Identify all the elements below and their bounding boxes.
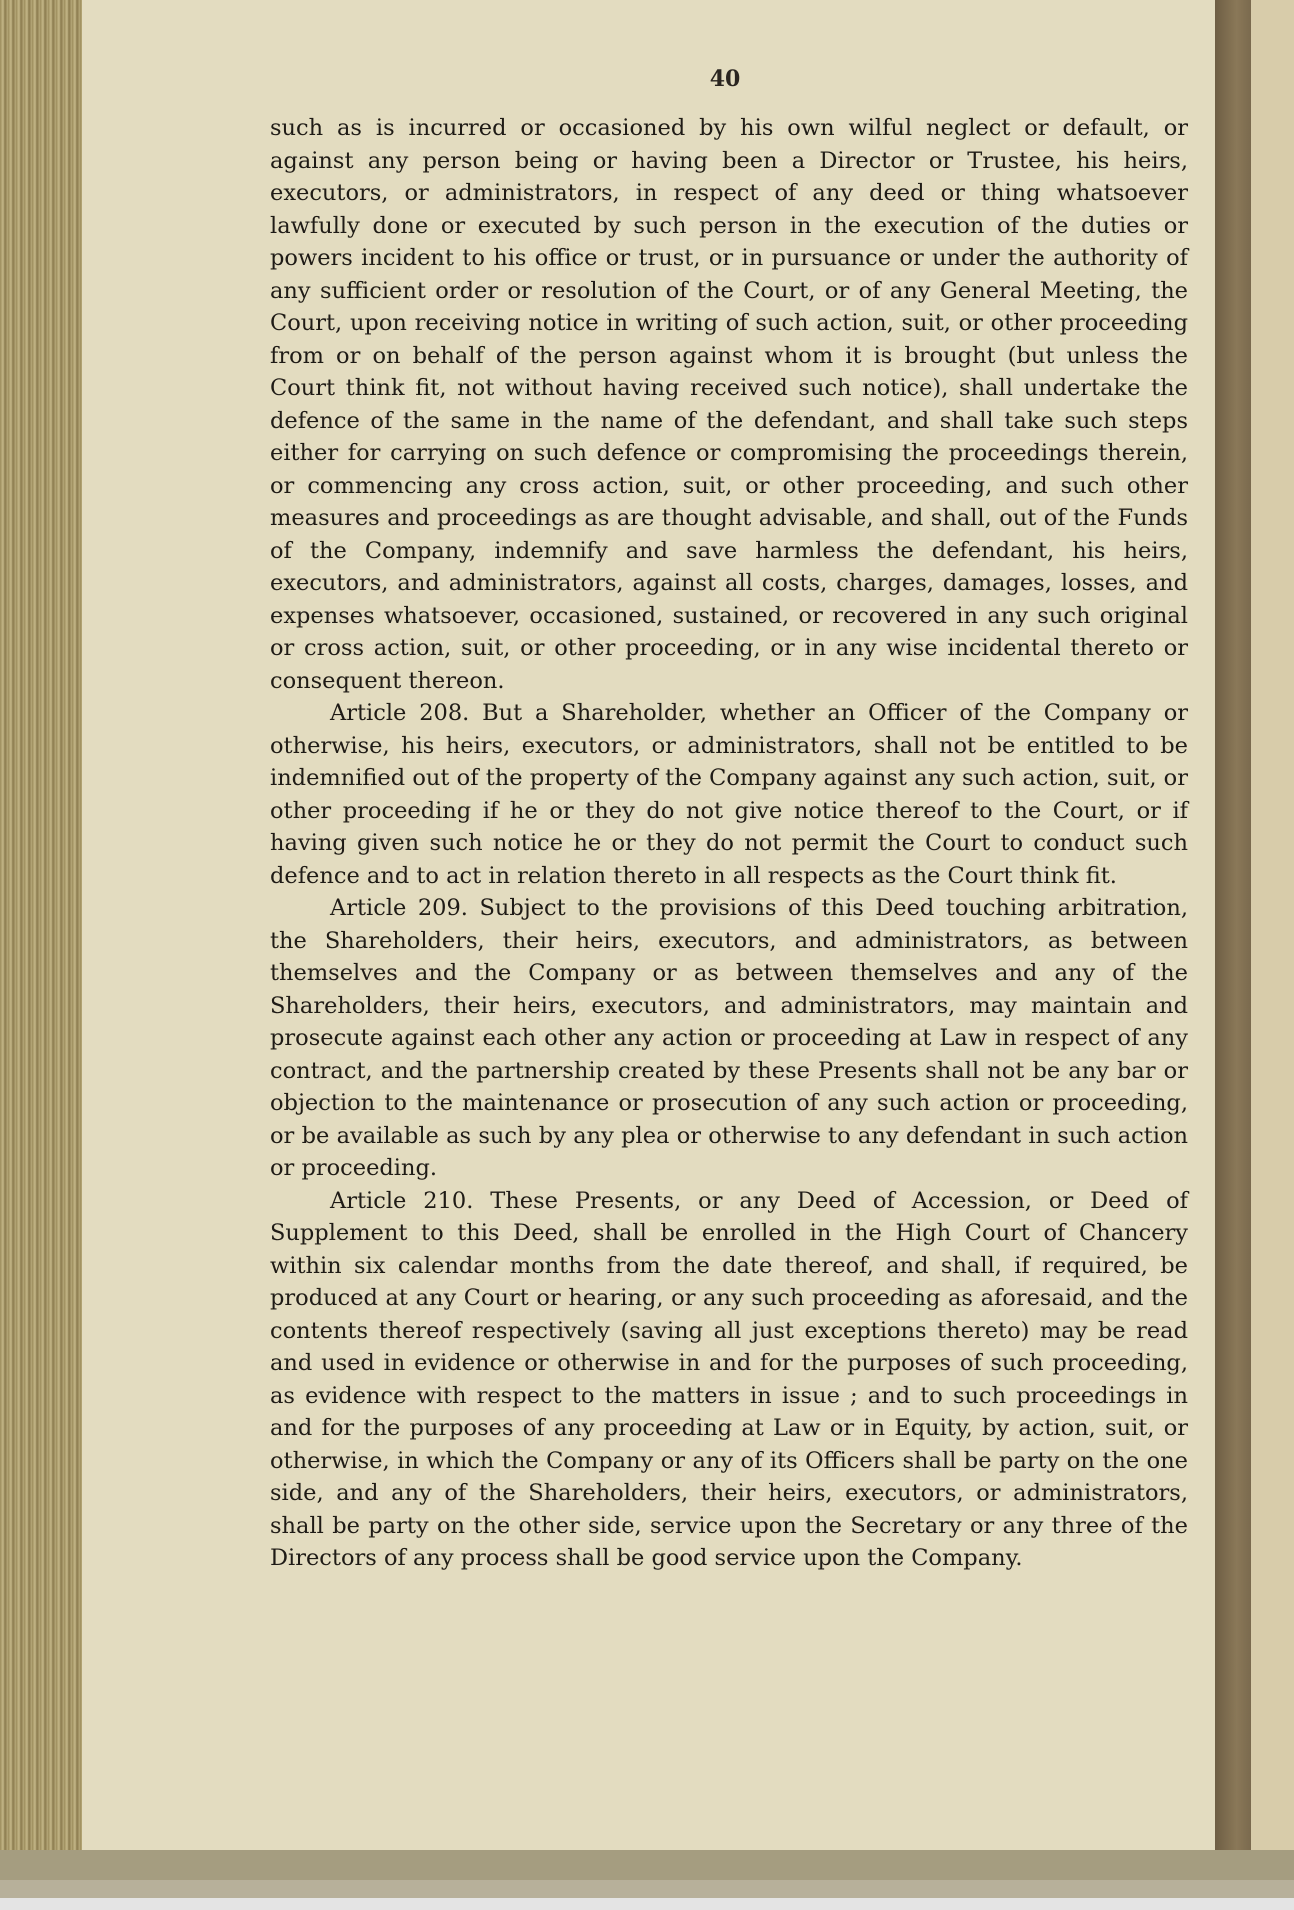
page-number: 40 <box>0 66 1294 92</box>
book-page-edges <box>0 0 82 1860</box>
facing-page-edge <box>1251 0 1294 1850</box>
paragraph-article-208: Article 208. But a Shareholder, whether … <box>270 697 1188 892</box>
paragraph-continuation: such as is incurred or occasioned by his… <box>270 112 1188 697</box>
paragraph-article-210: Article 210. These Presents, or any Deed… <box>270 1185 1188 1575</box>
paragraph-article-209: Article 209. Subject to the provisions o… <box>270 892 1188 1185</box>
scan-background <box>0 1898 1294 1910</box>
book-gutter <box>1215 0 1251 1850</box>
scan-bottom-edge-lower <box>0 1880 1294 1898</box>
page-body: such as is incurred or occasioned by his… <box>270 112 1188 1575</box>
scan-bottom-edge <box>0 1850 1294 1880</box>
